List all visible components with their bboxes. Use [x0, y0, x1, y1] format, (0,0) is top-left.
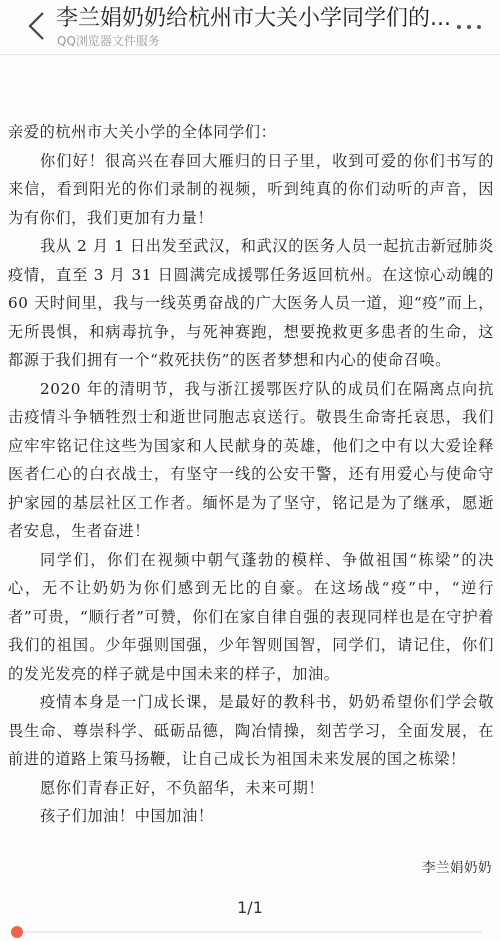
paragraph: 同学们，你们在视频中朝气蓬勃的模样、争做祖国“栋梁”的决心，无不让奶奶为你们感到…	[8, 546, 494, 689]
document-title: 李兰娟奶奶给杭州市大关小学同学们的...	[56, 5, 451, 33]
paragraph: 愿你们青春正好，不负韶华，未来可期！	[8, 774, 494, 803]
paragraph: 孩子们加油！中国加油！	[8, 802, 494, 831]
paragraph: 我从 2 月 1 日出发至武汉，和武汉的医务人员一起抗击新冠肺炎疫情，直至 3 …	[8, 232, 494, 375]
document-page: 亲爱的杭州市大关小学的全体同学们： 你们好！很高兴在春回大雁归的日子里，收到可爱…	[8, 118, 494, 831]
salutation: 亲爱的杭州市大关小学的全体同学们：	[8, 118, 494, 147]
more-options-button[interactable]	[455, 18, 487, 36]
more-horizontal-icon	[467, 25, 471, 29]
paragraph: 你们好！很高兴在春回大雁归的日子里，收到可爱的你们书写的来信，看到阳光的你们录制…	[8, 147, 494, 233]
page-scrubber-track[interactable]	[12, 931, 482, 933]
paragraph: 2020 年的清明节，我与浙江援鄂医疗队的成员们在隔离点向抗击疫情斗争牺牲烈士和…	[8, 375, 494, 546]
chevron-left-icon	[24, 10, 50, 42]
back-button[interactable]	[24, 10, 50, 42]
page-indicator: 1/1	[0, 897, 500, 919]
page-scrubber-handle[interactable]	[11, 926, 23, 938]
top-bar: 李兰娟奶奶给杭州市大关小学同学们的... QQ浏览器文件服务	[0, 0, 500, 55]
paragraph: 疫情本身是一门成长课，是最好的教科书，奶奶希望你们学会敬畏生命、尊崇科学、砥砺品…	[8, 688, 494, 774]
more-horizontal-icon	[477, 25, 481, 29]
signature: 李兰娟奶奶	[422, 858, 492, 878]
more-horizontal-icon	[457, 25, 461, 29]
document-source: QQ浏览器文件服务	[57, 34, 160, 48]
